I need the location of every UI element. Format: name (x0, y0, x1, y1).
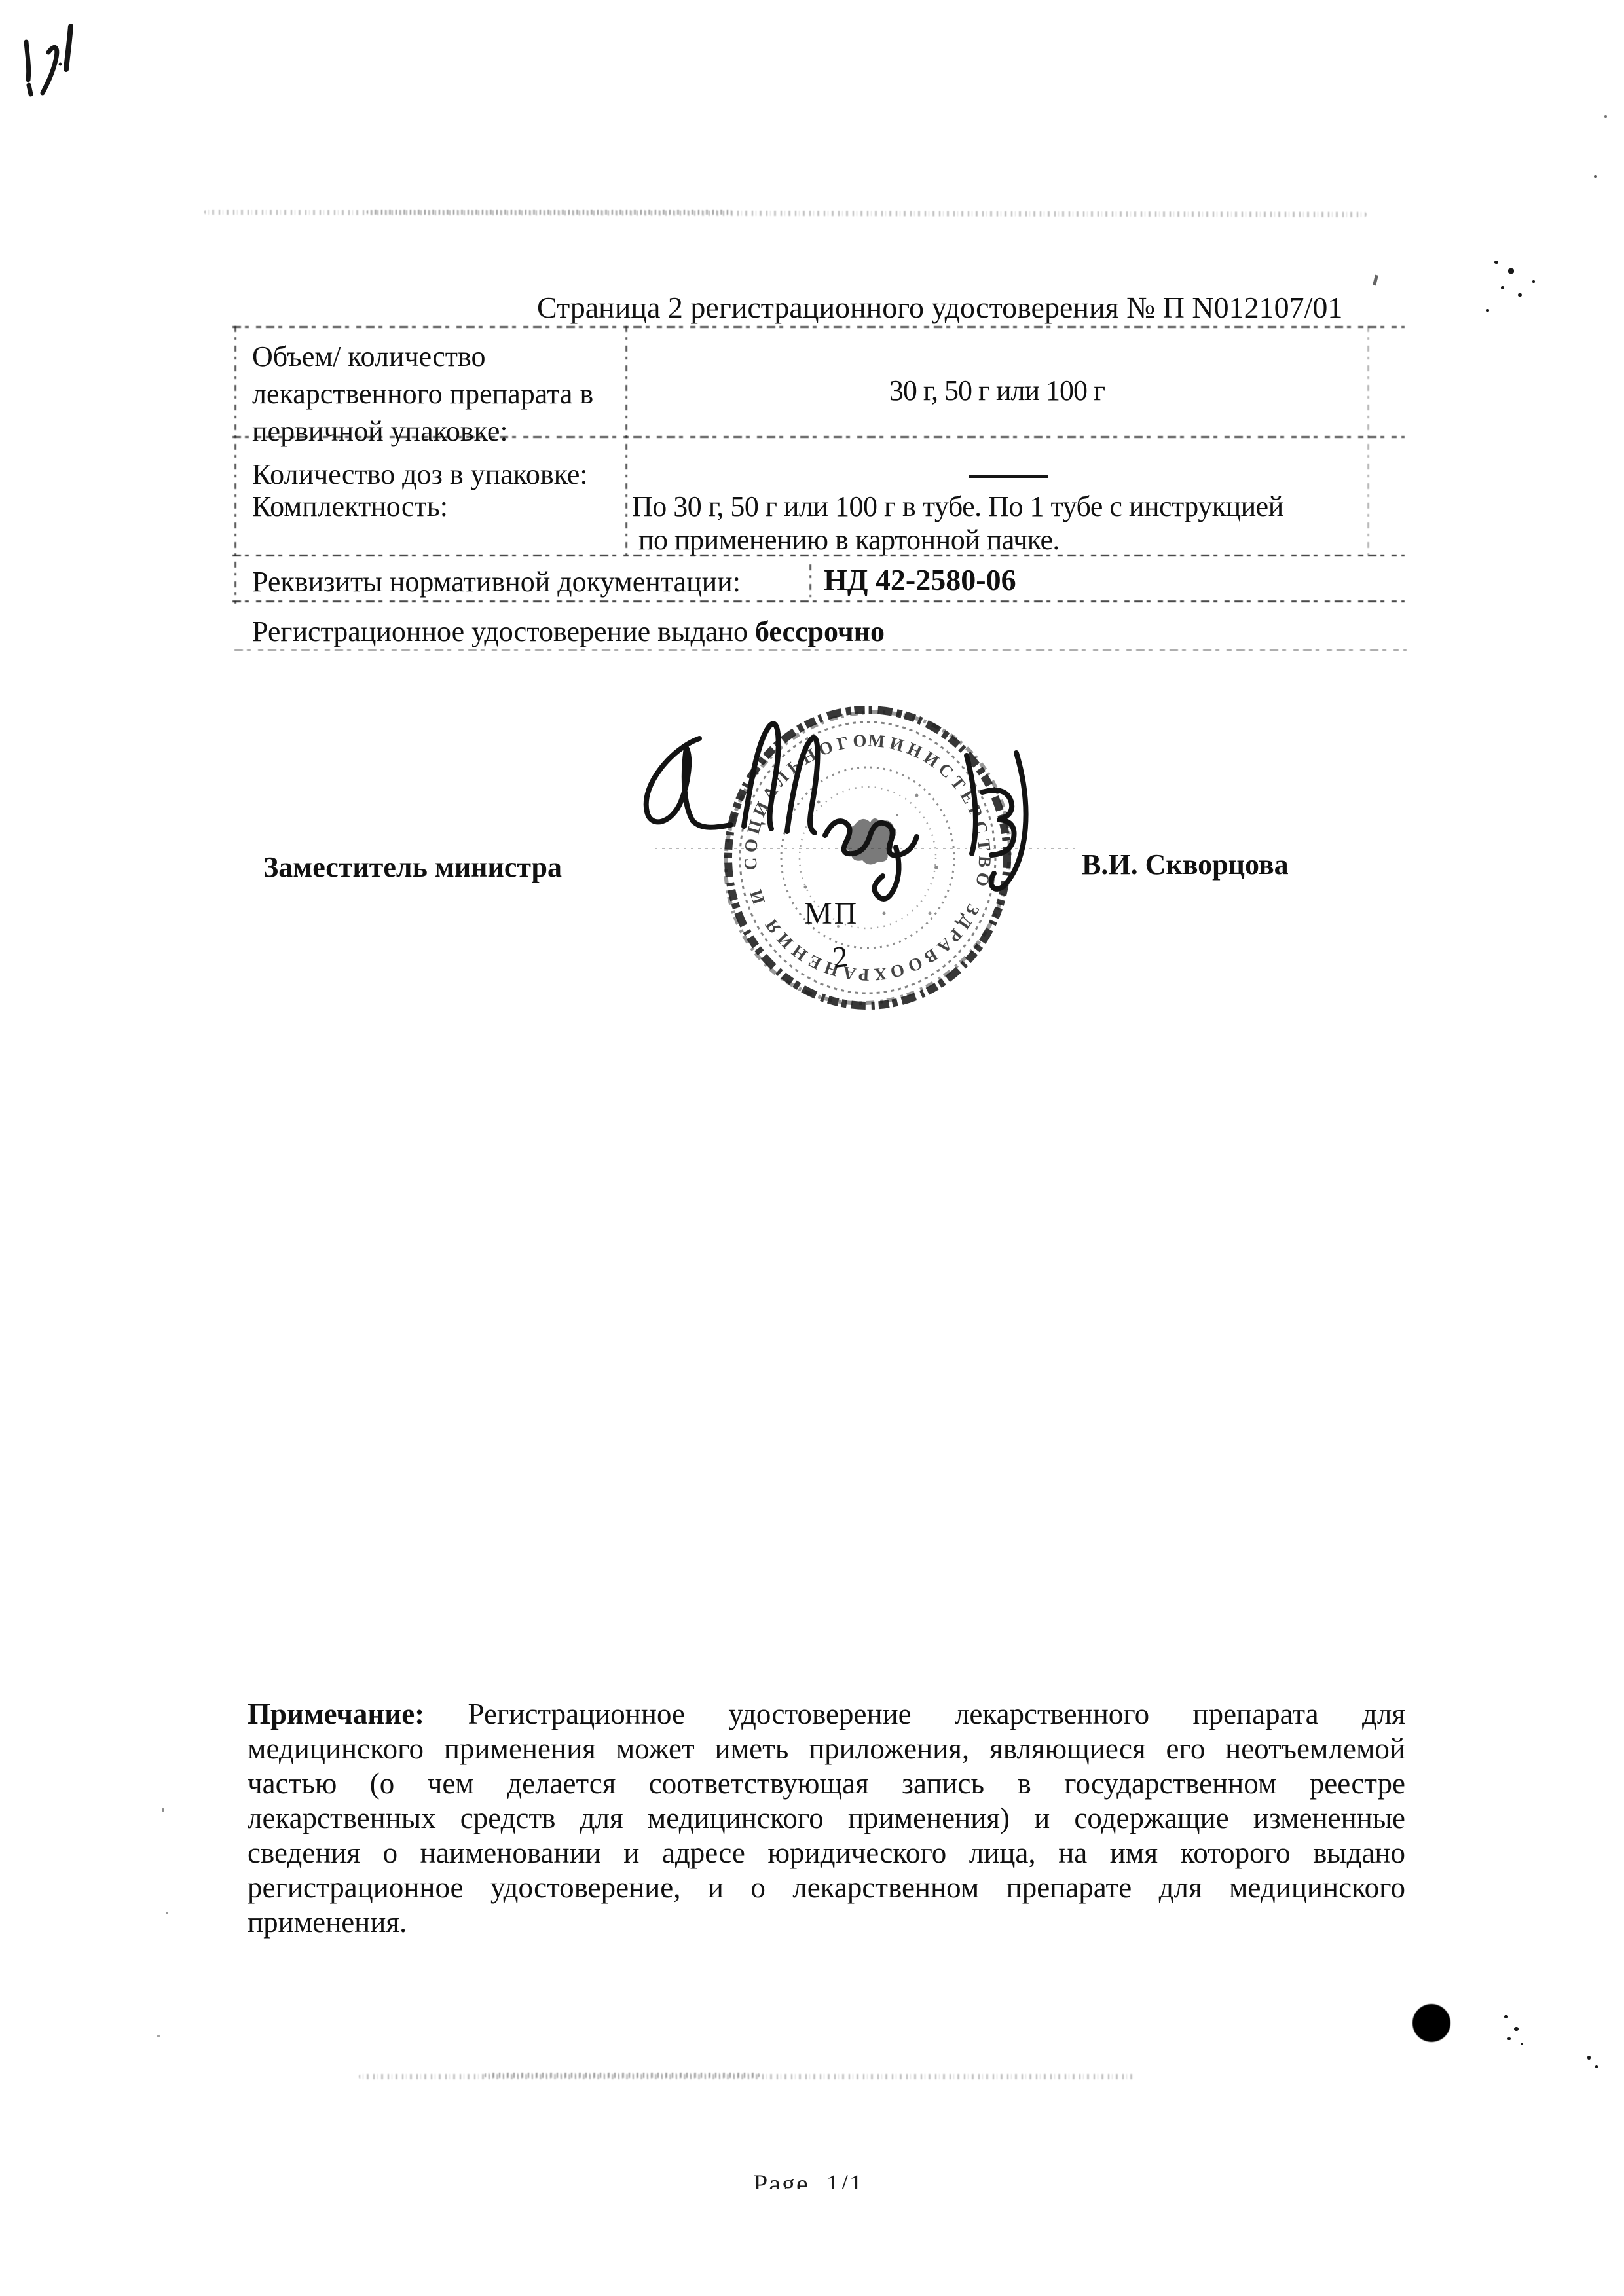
table-border-top (232, 326, 1405, 328)
note-line: лекарственных средств для медицинского п… (248, 1801, 1405, 1836)
scan-speck (1594, 175, 1597, 178)
scan-speck (1508, 268, 1514, 274)
footer-page-number: Page 1/1 (753, 2168, 950, 2189)
scan-speck (1532, 280, 1535, 283)
doses-value-dash (969, 475, 1048, 478)
validity-term: бессрочно (755, 615, 885, 647)
footer-page-clip: Page 1/1 (753, 2168, 950, 2189)
signer-title: Заместитель министра (263, 851, 562, 884)
table-border-left (234, 326, 236, 604)
validity-line: Регистрационное удостоверение выдано бес… (252, 615, 885, 649)
scan-speck (1518, 293, 1522, 297)
table-cell-completeness-value-line2: по применению в картонной пачке. (638, 524, 1060, 557)
note-line: Примечание: Регистрационное удостоверени… (248, 1697, 1405, 1732)
scan-speck (166, 1912, 168, 1914)
scan-speck (1486, 309, 1489, 312)
note-line: применения. (248, 1905, 1405, 1940)
note-label: Примечание: (248, 1698, 424, 1730)
scan-speck (1507, 2037, 1511, 2040)
table-cell-normative-docs-value: НД 42-2580-06 (824, 563, 1016, 598)
scanned-certificate-page: Страница 2 регистрационного удостоверени… (0, 0, 1624, 2296)
note-line: регистрационное удостоверение, и о лекар… (248, 1870, 1405, 1905)
table-cell-volume-value: 30 г, 50 г или 100 г (625, 374, 1369, 408)
table-cell-completeness-value-line1: По 30 г, 50 г или 100 г в тубе. По 1 туб… (632, 490, 1283, 524)
scan-speck (1504, 2015, 1508, 2018)
scan-speck (1501, 286, 1504, 289)
table-cell-doses-label: Количество доз в упаковке: (252, 458, 588, 492)
scan-speck (1521, 2043, 1523, 2045)
table-column-divider (625, 326, 627, 555)
validity-prefix: Регистрационное удостоверение выдано (252, 615, 748, 647)
table-column-divider-row4 (809, 564, 811, 597)
table-border-bottom (234, 649, 1407, 651)
note-line: частью (о чем делается соответствующая з… (248, 1766, 1405, 1801)
signer-name: В.И. Скворцова (1082, 848, 1289, 882)
table-cell-volume-label: Объем/ количество лекарственного препара… (252, 338, 616, 450)
note-line: сведения о наименовании и адресе юридиче… (248, 1836, 1405, 1870)
scan-speck (1494, 261, 1498, 264)
handwritten-mark (12, 20, 84, 118)
scan-speck (157, 2035, 160, 2037)
scan-noise-streak-top-dense (367, 210, 733, 215)
table-cell-normative-docs-label: Реквизиты нормативной документации: (252, 566, 741, 599)
scan-speck (1587, 2056, 1591, 2060)
page-header: Страница 2 регистрационного удостоверени… (537, 291, 1342, 325)
note-line: медицинского применения может иметь прил… (248, 1732, 1405, 1766)
table-cell-completeness-label: Комплектность: (252, 490, 448, 524)
scan-speck (162, 1808, 164, 1812)
scan-speck (1514, 2027, 1519, 2031)
scan-noise-streak-bottom-dense (485, 2073, 760, 2078)
table-row-separator (232, 600, 1405, 602)
ink-dot (1412, 2004, 1450, 2042)
note-paragraph: Примечание: Регистрационное удостоверени… (248, 1697, 1405, 1940)
scan-speck (1373, 275, 1378, 286)
scan-speck (1595, 2065, 1598, 2068)
signature (616, 714, 1061, 936)
table-border-right (1367, 326, 1369, 555)
scan-speck (1604, 115, 1607, 118)
